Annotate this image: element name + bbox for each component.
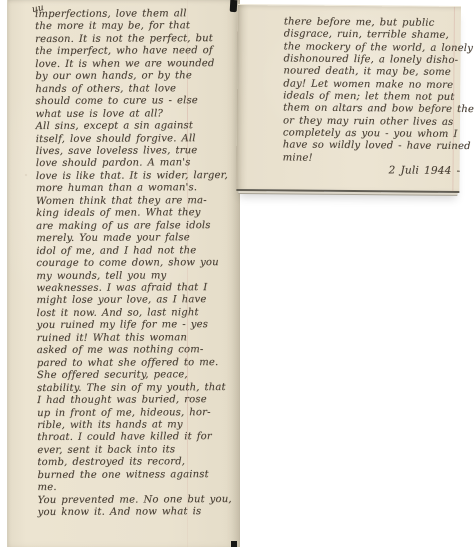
date-line: 2 Juli 1944 - xyxy=(388,164,460,178)
right-page: there before me, but public disgrace, ru… xyxy=(236,4,461,193)
binding-mark-bottom xyxy=(231,541,237,547)
handwritten-text-left: imperfections, love them all the more it… xyxy=(35,8,232,520)
binding-mark-top xyxy=(230,0,238,12)
handwritten-text-right: there before me, but public disgrace, ru… xyxy=(283,16,474,166)
document-scan: uu imperfections, love them all the more… xyxy=(0,0,474,547)
left-page: uu imperfections, love them all the more… xyxy=(7,0,240,547)
